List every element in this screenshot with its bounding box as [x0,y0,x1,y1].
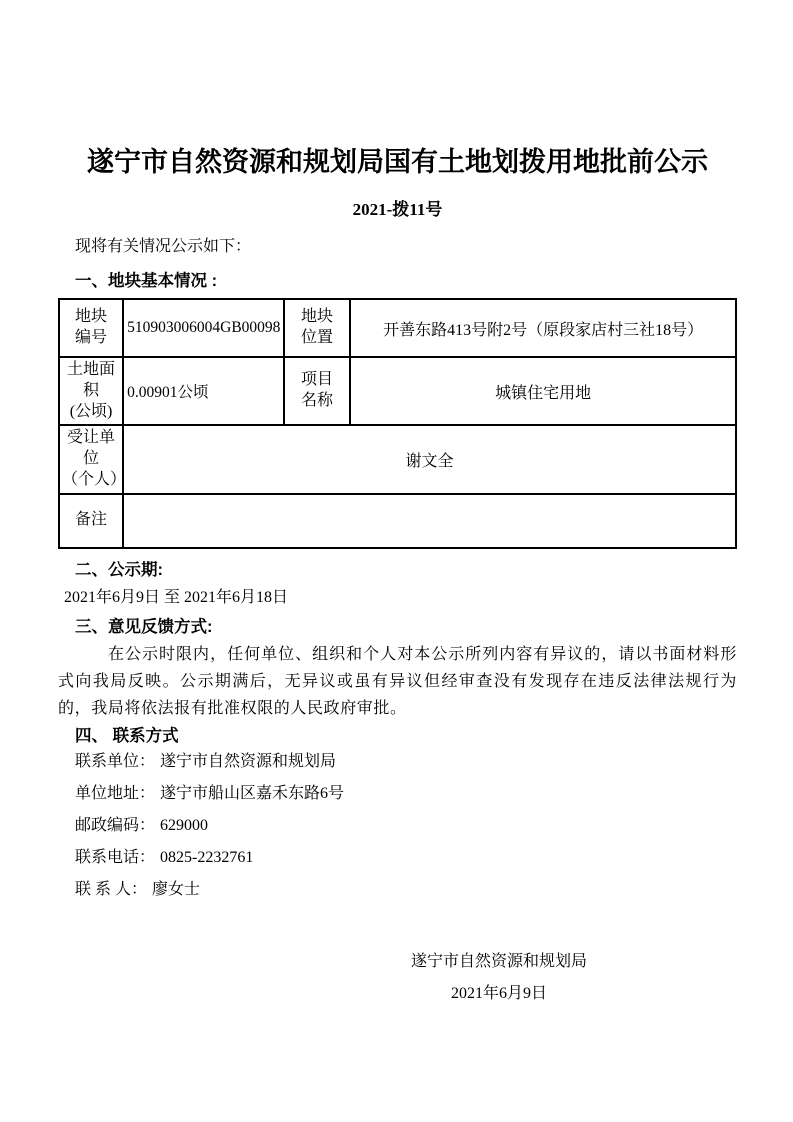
parcel-info-table: 地块 编号 510903006004GB00098 地块 位置 开善东路413号… [58,298,737,549]
page-title: 遂宁市自然资源和规划局国有土地划拨用地批前公示 [58,142,737,182]
feedback-paragraph: 在公示时限内，任何单位、组织和个人对本公示所列内容有异议的，请以书面材料形式向我… [58,641,737,722]
phone-label: 联系电话： [75,849,155,866]
contact-list: 联系单位：遂宁市自然资源和规划局 单位地址：遂宁市船山区嘉禾东路6号 邮政编码：… [75,751,737,901]
transferee-label: 受让单位 （个人） [59,425,123,493]
table-row: 受让单位 （个人） 谢文全 [59,425,736,493]
section-4-heading: 四、 联系方式 [75,725,737,747]
contact-address-value: 遂宁市船山区嘉禾东路6号 [160,785,344,802]
phone-value: 0825-2232761 [160,849,253,866]
postal-code-label: 邮政编码： [75,817,155,834]
contact-address-label: 单位地址： [75,785,155,802]
section-3-heading: 三、意见反馈方式: [75,616,737,638]
remarks-value [123,494,736,548]
contact-person-line: 联 系 人：廖女士 [75,879,737,901]
notice-document-page: 遂宁市自然资源和规划局国有土地划拨用地批前公示 2021-拨11号 现将有关情况… [0,0,793,1122]
contact-unit-value: 遂宁市自然资源和规划局 [160,753,336,770]
contact-unit-line: 联系单位：遂宁市自然资源和规划局 [75,751,737,773]
parcel-location-label: 地块 位置 [284,299,350,357]
land-area-value: 0.00901公顷 [123,357,284,425]
table-row: 地块 编号 510903006004GB00098 地块 位置 开善东路413号… [59,299,736,357]
parcel-number-label: 地块 编号 [59,299,123,357]
contact-unit-label: 联系单位： [75,753,155,770]
remarks-label: 备注 [59,494,123,548]
contact-person-label: 联 系 人： [75,881,147,898]
intro-line: 现将有关情况公示如下： [75,236,737,258]
table-row: 土地面积 (公顷) 0.00901公顷 项目 名称 城镇住宅用地 [59,357,736,425]
section-2-heading: 二、公示期: [75,559,737,581]
document-number: 2021-拨11号 [58,198,737,222]
contact-address-line: 单位地址：遂宁市船山区嘉禾东路6号 [75,783,737,805]
parcel-number-value: 510903006004GB00098 [123,299,284,357]
project-name-label: 项目 名称 [284,357,350,425]
signature-date: 2021年6月9日 [411,983,587,1005]
project-name-value: 城镇住宅用地 [350,357,736,425]
table-row: 备注 [59,494,736,548]
signature-organization: 遂宁市自然资源和规划局 [411,951,587,973]
section-1-heading: 一、地块基本情况 : [75,270,737,292]
publicity-period: 2021年6月9日 至 2021年6月18日 [64,587,737,609]
postal-code-line: 邮政编码：629000 [75,815,737,837]
postal-code-value: 629000 [160,817,208,834]
signature-block: 遂宁市自然资源和规划局 2021年6月9日 [411,951,587,1005]
land-area-label: 土地面积 (公顷) [59,357,123,425]
contact-person-value: 廖女士 [152,881,200,898]
transferee-value: 谢文全 [123,425,736,493]
parcel-location-value: 开善东路413号附2号（原段家店村三社18号） [350,299,736,357]
phone-line: 联系电话：0825-2232761 [75,847,737,869]
